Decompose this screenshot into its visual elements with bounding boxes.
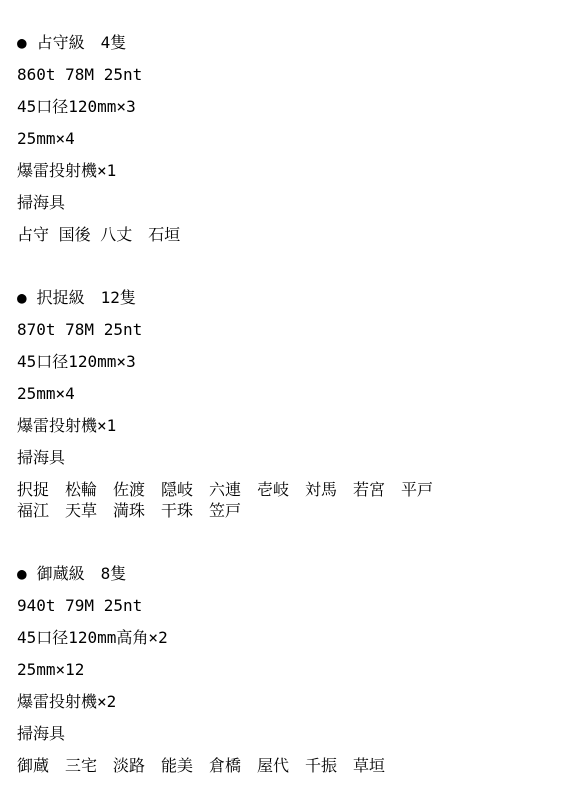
class-name-label: 択捉級 <box>37 288 85 307</box>
spec-minesweeping-gear: 掃海具 <box>17 192 560 213</box>
class-name-label: 御蔵級 <box>37 564 85 583</box>
section-heading: ●御蔵級8隻 <box>17 563 560 584</box>
spec-main-gun: 45口径120mm×3 <box>17 351 560 372</box>
ship-class-section-etorofu: ●択捉級12隻 870t 78M 25nt 45口径120mm×3 25mm×4… <box>17 287 560 532</box>
ship-names-list: 占守 国後 八丈 石垣 <box>17 224 560 245</box>
spec-main-gun: 45口径120mm×3 <box>17 96 560 117</box>
bullet-icon: ● <box>17 287 27 308</box>
spec-displacement-length-speed: 870t 78M 25nt <box>17 319 560 340</box>
spec-displacement-length-speed: 860t 78M 25nt <box>17 64 560 85</box>
ship-count-label: 4隻 <box>101 33 127 52</box>
ship-class-section-mikura: ●御蔵級8隻 940t 79M 25nt 45口径120mm高角×2 25mm×… <box>17 563 560 787</box>
page: { "page": { "background": "#ffffff", "te… <box>0 0 576 795</box>
spec-aa-gun: 25mm×4 <box>17 383 560 404</box>
ship-names-list: 御蔵 三宅 淡路 能美 倉橋 屋代 千振 草垣 <box>17 755 560 776</box>
ship-count-label: 12隻 <box>101 288 136 307</box>
ship-count-label: 8隻 <box>101 564 127 583</box>
section-heading: ●択捉級12隻 <box>17 287 560 308</box>
spec-main-gun: 45口径120mm高角×2 <box>17 627 560 648</box>
section-heading: ●占守級4隻 <box>17 32 560 53</box>
spec-depth-charge-thrower: 爆雷投射機×1 <box>17 415 560 436</box>
spec-minesweeping-gear: 掃海具 <box>17 723 560 744</box>
class-name-label: 占守級 <box>37 33 85 52</box>
spec-displacement-length-speed: 940t 79M 25nt <box>17 595 560 616</box>
spec-aa-gun: 25mm×4 <box>17 128 560 149</box>
ship-class-section-shimushu: ●占守級4隻 860t 78M 25nt 45口径120mm×3 25mm×4 … <box>17 32 560 256</box>
ship-names-list: 択捉 松輪 佐渡 隠岐 六連 壱岐 対馬 若宮 平戸 福江 天草 満珠 干珠 笠… <box>17 479 560 521</box>
spec-depth-charge-thrower: 爆雷投射機×2 <box>17 691 560 712</box>
bullet-icon: ● <box>17 32 27 53</box>
bullet-icon: ● <box>17 563 27 584</box>
document-body: ●占守級4隻 860t 78M 25nt 45口径120mm×3 25mm×4 … <box>0 0 576 787</box>
spec-aa-gun: 25mm×12 <box>17 659 560 680</box>
spec-depth-charge-thrower: 爆雷投射機×1 <box>17 160 560 181</box>
spec-minesweeping-gear: 掃海具 <box>17 447 560 468</box>
